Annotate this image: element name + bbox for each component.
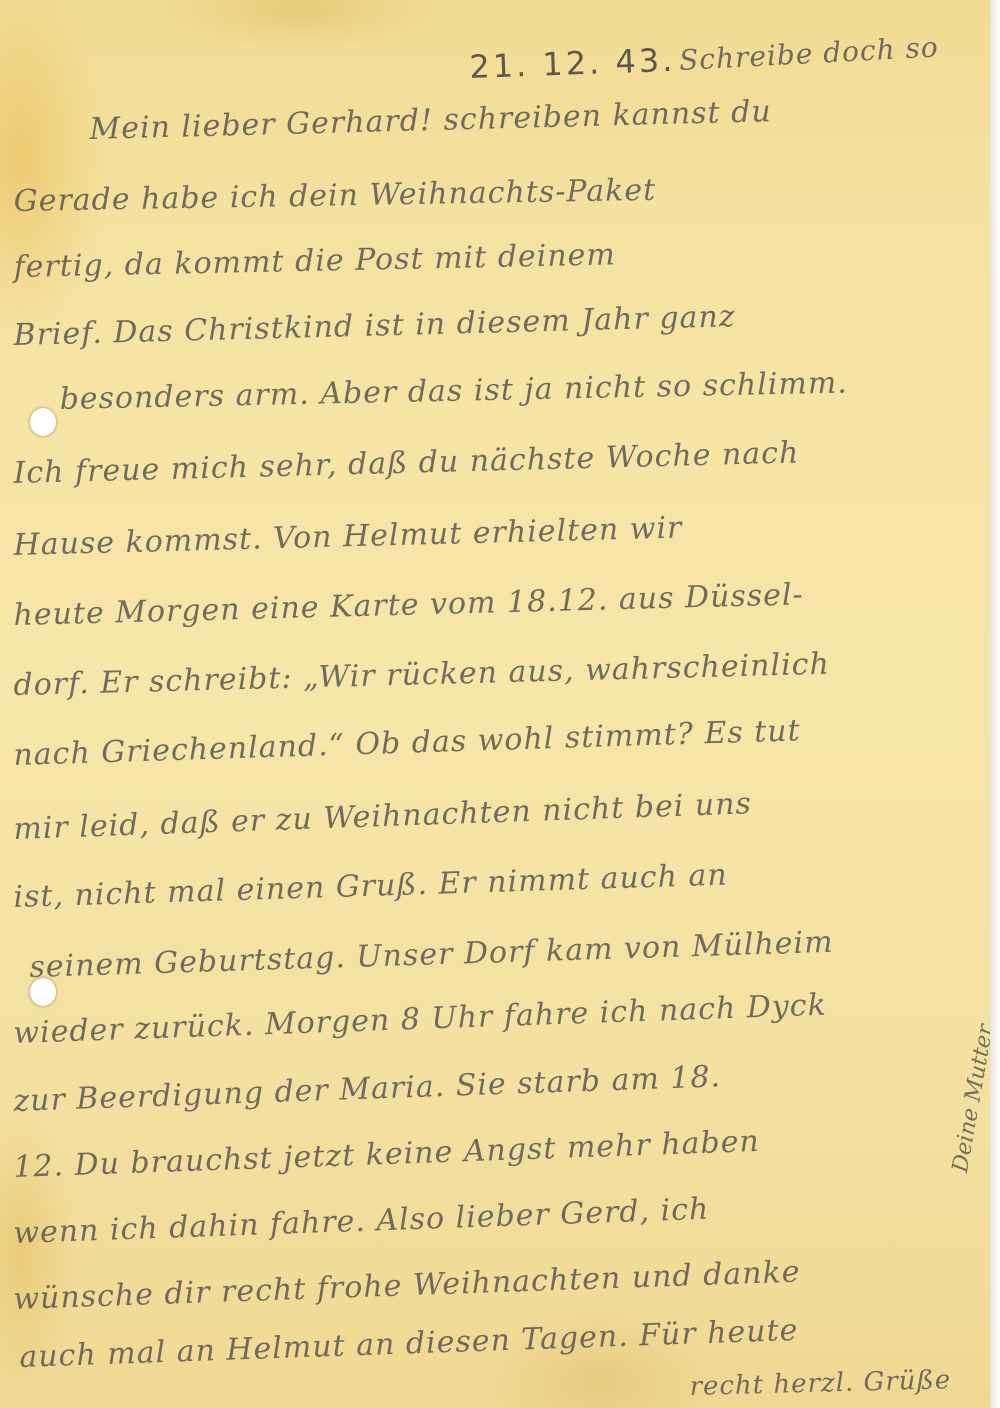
letter-line: Brief. Das Christkind ist in diesem Jahr…: [13, 299, 736, 353]
letter-line: wünsche dir recht frohe Weihnachten und …: [13, 1255, 801, 1317]
letter-line: besonders arm. Aber das ist ja nicht so …: [59, 365, 848, 417]
letter-line: nach Griechenland.“ Ob das wohl stimmt? …: [13, 713, 801, 773]
letter-line: auch mal an Helmut an diesen Tagen. Für …: [19, 1313, 799, 1375]
letter-line: Hause kommst. Von Helmut erhielten wir: [13, 510, 683, 563]
letter-line: wieder zurück. Morgen 8 Uhr fahre ich na…: [13, 988, 828, 1051]
letter-line: Ich freue mich sehr, daß du nächste Woch…: [13, 435, 800, 491]
letter-line: Mein lieber Gerhard! schreiben kannst du: [89, 94, 772, 147]
letter-line: wenn ich dahin fahre. Also lieber Gerd, …: [13, 1192, 710, 1251]
letter-line: mir leid, daß er zu Weihnachten nicht be…: [13, 786, 753, 847]
letter-line: dorf. Er schreibt: „Wir rücken aus, wahr…: [13, 647, 830, 703]
letter-line: Gerade habe ich dein Weihnachts-Paket: [13, 173, 656, 219]
letter-closing: recht herzl. Grüße: [689, 1365, 951, 1402]
letter-line: zur Beerdigung der Maria. Sie starb am 1…: [13, 1059, 722, 1119]
letter-line: fertig, da kommt die Post mit deinem: [13, 237, 616, 285]
scan-edge: [990, 0, 1000, 1408]
letter-line: seinem Geburtstag. Unser Dorf kam von Mü…: [29, 925, 834, 985]
letter-date: 21. 12. 43.: [469, 41, 676, 86]
letter-line: 12. Du brauchst jetzt keine Angst mehr h…: [13, 1124, 761, 1185]
punch-hole-upper: [30, 408, 56, 436]
header-note: Schreibe doch so: [678, 30, 939, 77]
letter-page: 21. 12. 43. Schreibe doch so Mein lieber…: [0, 0, 990, 1408]
letter-line: heute Morgen eine Karte vom 18.12. aus D…: [13, 577, 804, 633]
letter-line: ist, nicht mal einen Gruß. Er nimmt auch…: [13, 858, 728, 915]
